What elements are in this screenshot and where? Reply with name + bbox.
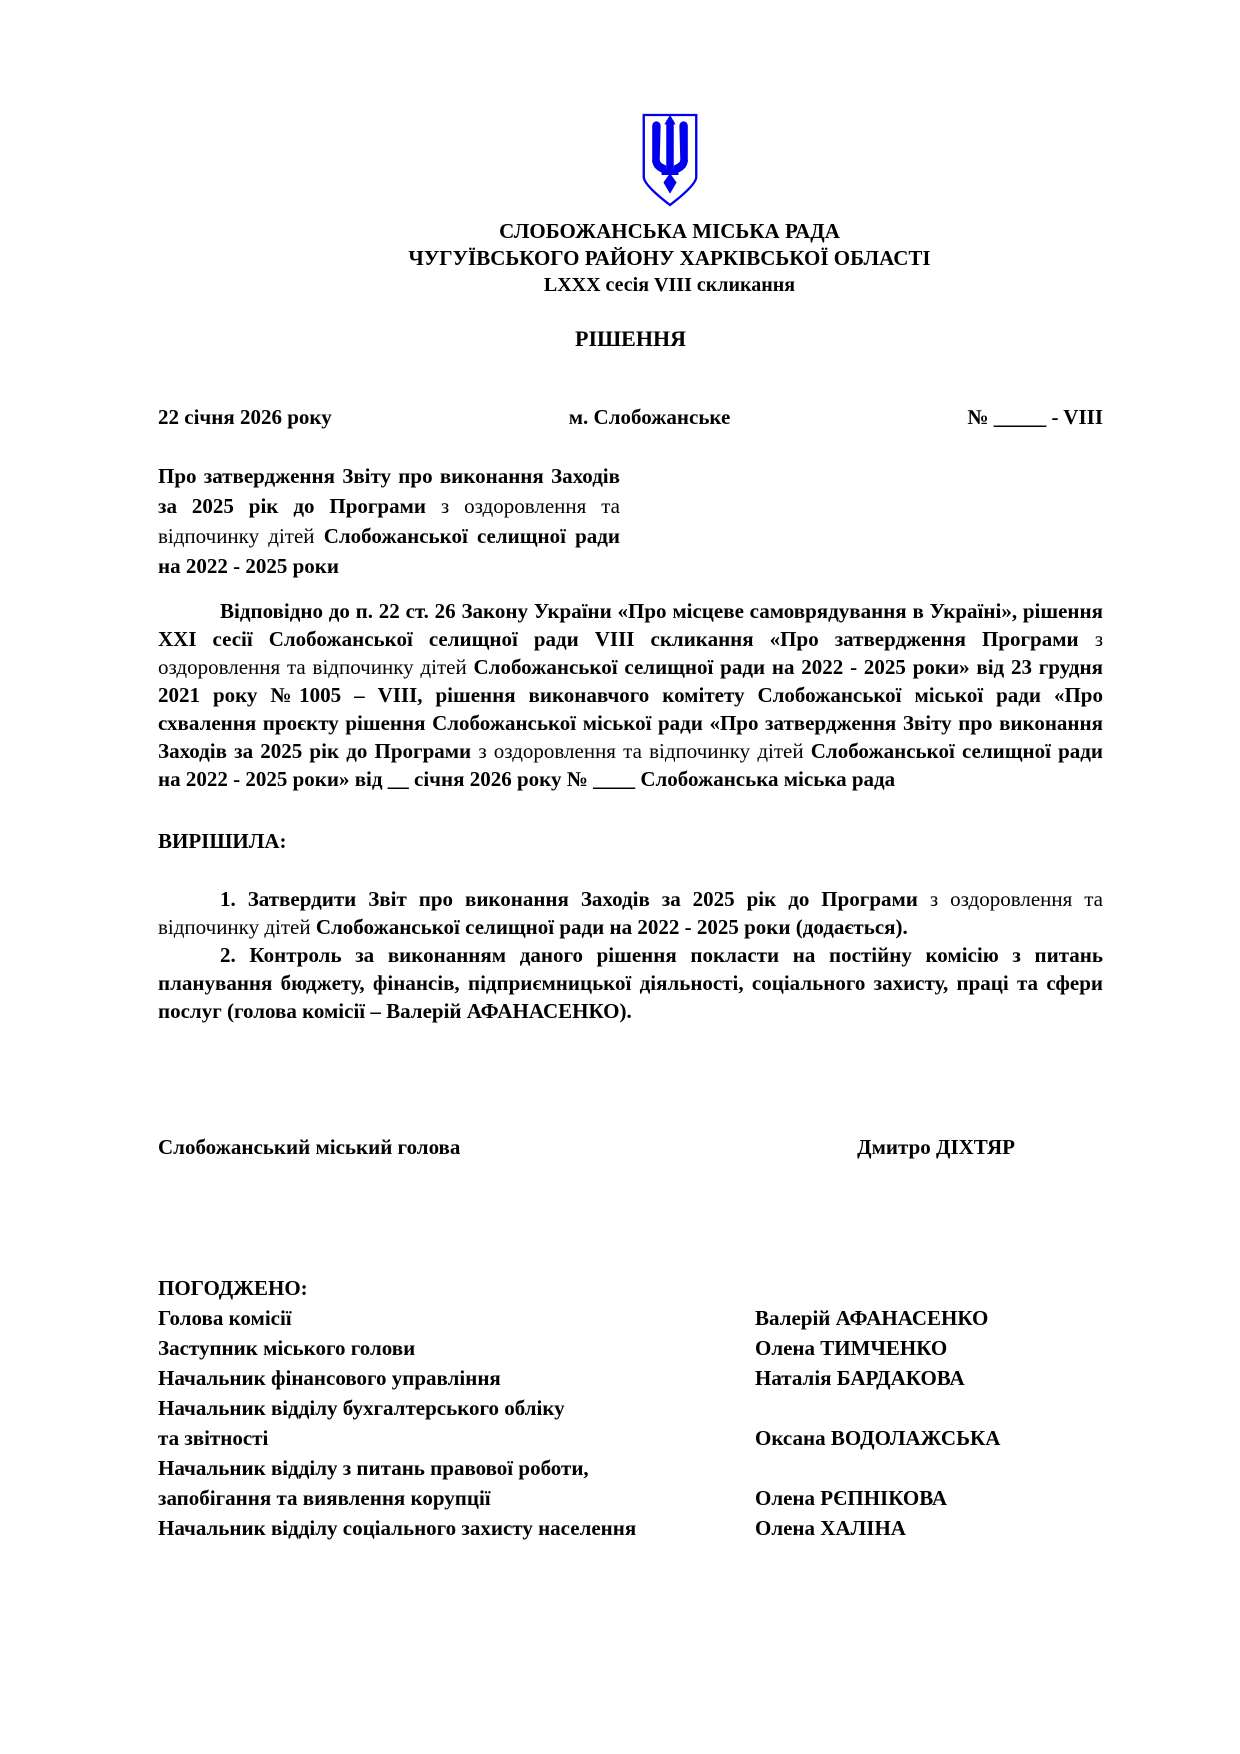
org-name-line2: ЧУГУЇВСЬКОГО РАЙОНУ ХАРКІВСЬКОЇ ОБЛАСТІ xyxy=(236,245,1103,272)
ukraine-trident-icon xyxy=(640,112,700,208)
org-name-line1: СЛОБОЖАНСЬКА МІСЬКА РАДА xyxy=(236,218,1103,245)
signature-name: Дмитро ДІХТЯР xyxy=(857,1133,1103,1161)
approved-row: запобігання та виявлення корупції Олена … xyxy=(158,1483,1103,1513)
approved-position: Голова комісії xyxy=(158,1306,292,1330)
session-line: LXXX сесія VIII скликання xyxy=(236,272,1103,299)
document-header: СЛОБОЖАНСЬКА МІСЬКА РАДА ЧУГУЇВСЬКОГО РА… xyxy=(158,0,1103,299)
preamble-bold-1: Відповідно до п. 22 ст. 26 Закону Україн… xyxy=(158,599,1103,651)
approved-row: Начальник фінансового управління Наталія… xyxy=(158,1363,1103,1393)
approved-row: Начальник відділу соціального захисту на… xyxy=(158,1513,1103,1543)
item1-bold-1: 1. Затвердити Звіт про виконання Заходів… xyxy=(220,887,930,911)
item2-bold-1: 2. Контроль за виконанням даного рішення… xyxy=(158,943,1103,1023)
approved-name: Наталія БАРДАКОВА xyxy=(755,1363,965,1393)
decision-item-2: 2. Контроль за виконанням даного рішення… xyxy=(158,941,1103,1025)
document-date: 22 січня 2026 року xyxy=(158,404,332,431)
preamble-paragraph: Відповідно до п. 22 ст. 26 Закону Україн… xyxy=(158,597,1103,793)
approved-row: Заступник міського голови Олена ТИМЧЕНКО xyxy=(158,1333,1103,1363)
approved-position: Начальник відділу з питань правової робо… xyxy=(158,1456,589,1480)
decision-item-1: 1. Затвердити Звіт про виконання Заходів… xyxy=(158,885,1103,941)
document-place: м. Слобожанське xyxy=(569,404,731,431)
approved-row: та звітності Оксана ВОДОЛАЖСЬКА xyxy=(158,1423,1103,1453)
resolved-label: ВИРІШИЛА: xyxy=(158,827,1103,855)
approved-position: Начальник фінансового управління xyxy=(158,1366,501,1390)
approved-row: Начальник відділу з питань правової робо… xyxy=(158,1453,1103,1483)
approved-name: Олена ТИМЧЕНКО xyxy=(755,1333,947,1363)
approved-name: Валерій АФАНАСЕНКО xyxy=(755,1303,988,1333)
approved-name: Олена ХАЛІНА xyxy=(755,1513,906,1543)
decision-title: Про затвердження Звіту про виконання Зах… xyxy=(158,461,620,581)
signature-row: Слобожанський міський голова Дмитро ДІХТ… xyxy=(158,1133,1103,1161)
approved-section: ПОГОДЖЕНО: Голова комісії Валерій АФАНАС… xyxy=(158,1273,1103,1543)
signature-position: Слобожанський міський голова xyxy=(158,1133,460,1161)
document-page: СЛОБОЖАНСЬКА МІСЬКА РАДА ЧУГУЇВСЬКОГО РА… xyxy=(0,0,1240,1754)
approved-position: запобігання та виявлення корупції xyxy=(158,1486,491,1510)
approved-position: та звітності xyxy=(158,1426,268,1450)
item1-bold-2: Слобожанської селищної ради на 2022 - 20… xyxy=(316,915,908,939)
approved-position: Начальник відділу соціального захисту на… xyxy=(158,1516,636,1540)
approved-row: Начальник відділу бухгалтерського обліку xyxy=(158,1393,1103,1423)
approved-name: Олена РЄПНІКОВА xyxy=(755,1483,947,1513)
preamble-regular-2: з оздоровлення та відпочинку дітей xyxy=(478,739,810,763)
document-type-title: РІШЕННЯ xyxy=(158,325,1103,352)
document-number: № _____ - VIII xyxy=(967,404,1103,431)
approved-row: Голова комісії Валерій АФАНАСЕНКО xyxy=(158,1303,1103,1333)
approved-position: Начальник відділу бухгалтерського обліку xyxy=(158,1396,565,1420)
approved-label: ПОГОДЖЕНО: xyxy=(158,1273,1103,1303)
approved-name: Оксана ВОДОЛАЖСЬКА xyxy=(755,1423,1000,1453)
approved-position: Заступник міського голови xyxy=(158,1336,415,1360)
date-place-number-row: 22 січня 2026 року м. Слобожанське № ___… xyxy=(158,404,1103,431)
